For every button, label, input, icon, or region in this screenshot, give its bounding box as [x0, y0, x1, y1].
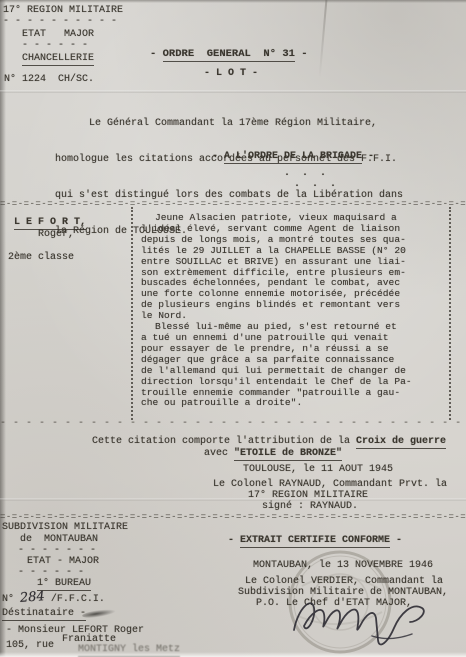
citation-line: de l'allemand qui lui permettait de chan… — [141, 366, 442, 377]
citation-rank: 2ème classe — [8, 252, 74, 264]
signoff-montauban-date: MONTAUBAN, le 13 NOVEMBRE 1946 — [253, 560, 433, 572]
brigade-heading: - A L'ORDRE DE LA BRIGADE - — [212, 151, 374, 163]
award-line-1: Cette citation comporte l'attribution de… — [92, 436, 446, 448]
handwritten-number: 284 — [20, 591, 46, 605]
citation-box: Jeune Alsacien patriote, vieux maquisard… — [131, 207, 451, 420]
citation-surname: L E F O R T, — [14, 217, 86, 230]
ink-smudge — [82, 608, 117, 620]
subdivision-bureau: 1° BUREAU — [37, 578, 91, 591]
letterhead-reference-number: N° 1224 CH/SC. — [4, 74, 94, 86]
destinataire-city: MONTIGNY les Metz — [78, 644, 180, 657]
document-scan: 17° REGION MILITAIRE - - - - - - - - - -… — [0, 0, 466, 657]
citation-firstname: Roger, — [38, 229, 74, 241]
paper-crease — [319, 0, 328, 78]
citation-line: lités le 29 JUILLET a la CHAPELLE BASSE … — [141, 246, 442, 257]
subdivision-title: SUBDIVISION MILITAIRE — [2, 522, 128, 534]
letterhead-chancellerie: CHANCELLERIE — [22, 53, 94, 66]
destinataire-street: 105, rue — [6, 640, 54, 652]
citation-line: direction lorsqu'il entendait le Chef de… — [141, 377, 442, 388]
dots-row-2: . . . — [294, 179, 336, 191]
separator-dash-row: - - - - - - - - - - - - - - - - - - - - … — [0, 418, 466, 429]
citation-line: che ou patrouille a droite". — [141, 398, 442, 409]
paper-top-shadow — [0, 0, 466, 3]
intro-line: Le Général Commandant la 17ème Région Mi… — [55, 118, 403, 130]
citation-text: Jeune Alsacien patriote, vieux maquisard… — [133, 207, 449, 409]
separator-middle: =-=-=-=-=-=-=-=-=-=-=-=-=-=-=-=-=-=-=-=-… — [0, 512, 466, 522]
paper-fold-line — [0, 90, 466, 93]
destinataire-label: Déstinataire - — [2, 608, 86, 621]
subdivision-number: N° 284 /F.F.C.I. — [2, 592, 105, 606]
signoff-toulouse-date: TOULOUSE, le 11 AOUT 1945 — [243, 464, 393, 476]
citation-line: entre SOUILLAC et BRIVE) en assurant une… — [141, 257, 442, 268]
handwritten-signature — [276, 578, 441, 656]
letterhead-dashes-2: - - - - - - — [22, 40, 88, 52]
paper-fold-line-2 — [0, 498, 466, 501]
document-title: - ORDRE GENERAL N° 31 - — [150, 48, 308, 60]
paper-edge-shadow — [0, 0, 6, 657]
document-subtitle: - L O T - — [204, 68, 258, 80]
award-line-2: avec "ETOILE de BRONZE" — [204, 448, 342, 460]
letterhead-dashes-1: - - - - - - - - - - — [3, 16, 117, 28]
